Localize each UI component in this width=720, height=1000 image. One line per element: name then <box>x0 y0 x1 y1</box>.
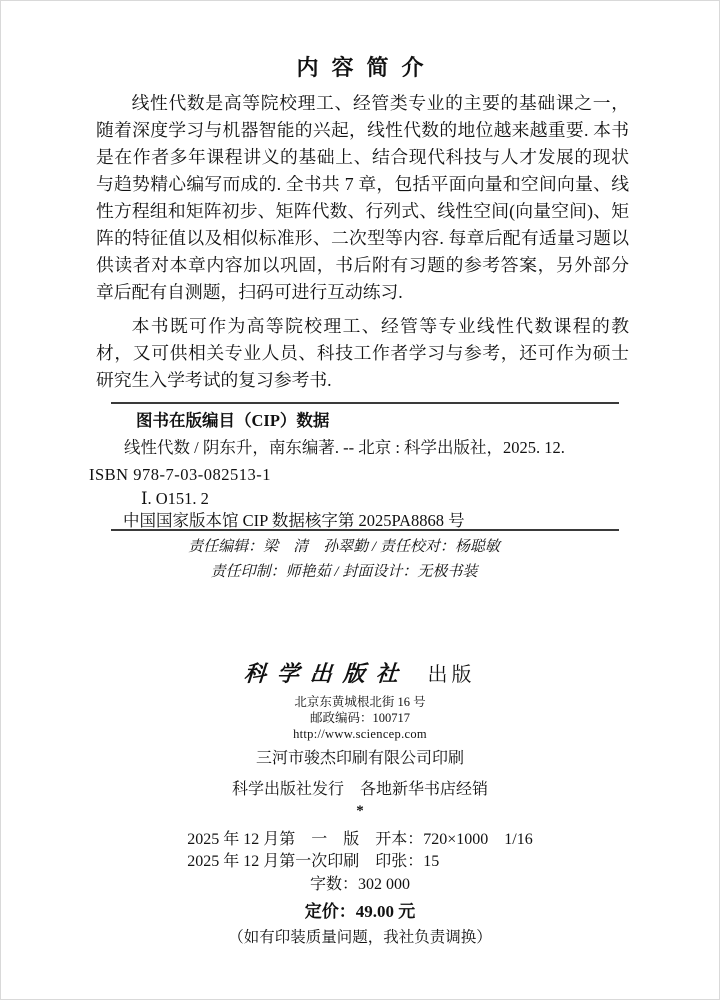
cip-classification: Ⅰ. O151. 2 <box>141 488 209 509</box>
edition-line: 2025 年 12 月第 一 版 开本：720×1000 1/16 <box>187 829 532 851</box>
word-count-line: 字数：302 000 <box>1 874 719 895</box>
cip-entry: 线性代数 / 阴东升，南东编著. -- 北京 : 科学出版社，2025. 12. <box>124 437 565 458</box>
credits-editors: 责任编辑：梁 清 孙翠勤 / 责任校对：杨聪敏 <box>1 539 687 556</box>
cip-registry-number: 中国国家版本馆 CIP 数据核字第 2025PA8868 号 <box>123 510 465 531</box>
colophon: 科学出版社 出版 北京东黄城根北街 16 号 邮政编码：100717 http:… <box>1 663 719 948</box>
intro-paragraph-1: 线性代数是高等院校理工、经管类专业的主要的基础课之一，随着深度学习与机器智能的兴… <box>96 90 629 306</box>
separator-asterisk: * <box>1 804 719 818</box>
publisher-address: 北京东黄城根北街 16 号 <box>1 695 719 709</box>
page-title: 内容简介 <box>1 55 719 81</box>
intro-paragraph-2: 本书既可作为高等院校理工、经管等专业线性代数课程的教材，又可供相关专业人员、科技… <box>96 313 629 394</box>
publisher-logo: 科学出版社 <box>244 663 411 685</box>
printing-line: 2025 年 12 月第一次印刷 印张：15 <box>187 851 532 873</box>
cip-header: 图书在版编目（CIP）数据 <box>136 410 329 431</box>
publisher-postcode: 邮政编码：100717 <box>1 711 719 725</box>
printer-line: 三河市骏杰印刷有限公司印刷 <box>1 748 719 769</box>
edition-info-block: 2025 年 12 月第 一 版 开本：720×1000 1/16 2025 年… <box>187 829 532 873</box>
credits-production: 责任印制：师艳茹 / 封面设计：无极书装 <box>1 564 687 581</box>
content-introduction: 线性代数是高等院校理工、经管类专业的主要的基础课之一，随着深度学习与机器智能的兴… <box>96 90 629 394</box>
publisher-logo-suffix: 出版 <box>428 664 476 686</box>
quality-note: （如有印装质量问题，我社负责调换） <box>1 927 719 948</box>
publisher-website: http://www.sciencep.com <box>1 727 719 741</box>
distribution-line: 科学出版社发行 各地新华书店经销 <box>1 779 719 800</box>
price-line: 定价：49.00 元 <box>1 901 719 923</box>
copyright-page: 内容简介 线性代数是高等院校理工、经管类专业的主要的基础课之一，随着深度学习与机… <box>0 0 720 1000</box>
publisher-line: 科学出版社 出版 <box>1 663 719 688</box>
cip-bottom-rule <box>111 529 619 531</box>
cip-isbn: ISBN 978-7-03-082513-1 <box>89 464 271 485</box>
cip-top-rule <box>111 402 619 404</box>
